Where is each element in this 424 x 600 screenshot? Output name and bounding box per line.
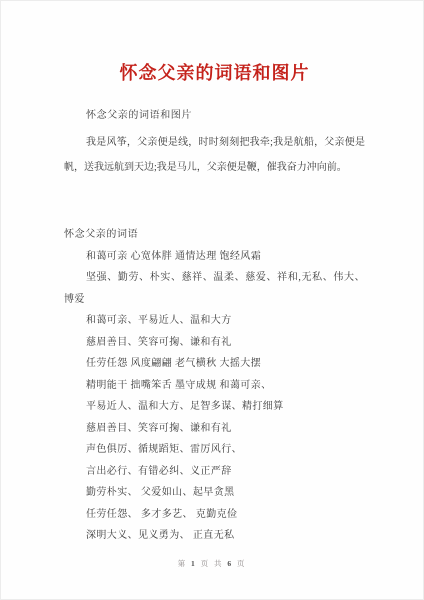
word-list: 和蔼可亲 心宽体胖 通情达理 饱经风霜 坚强、勤劳、朴实、慈祥、温柔、慈爱、祥和… bbox=[64, 246, 365, 547]
word-line: 声色俱厉、循规蹈矩、雷厉风行、 bbox=[64, 439, 365, 461]
word-line: 勤劳朴实、 父爱如山、起早贪黑 bbox=[64, 482, 365, 504]
page-footer: 第 1 页 共 6 页 bbox=[1, 558, 423, 569]
intro-heading-line: 怀念父亲的词语和图片 bbox=[64, 105, 365, 126]
word-line: 任劳任怨 风度翩翩 老气横秋 大摇大摆 bbox=[64, 353, 365, 375]
footer-label: 页 bbox=[237, 559, 247, 568]
intro-paragraph: 我是风筝，父亲便是线，时时刻刻把我牵;我是航船，父亲便是帆，送我远航到天边;我是… bbox=[64, 130, 365, 180]
document-body: 怀念父亲的词语和图片 怀念父亲的词语和图片 我是风筝，父亲便是线，时时刻刻把我牵… bbox=[1, 61, 423, 547]
footer-page-number: 1 bbox=[191, 559, 197, 568]
footer-label: 共 bbox=[214, 559, 224, 568]
word-line: 精明能干 拙嘴笨舌 墨守成规 和蔼可亲、 bbox=[64, 375, 365, 397]
footer-label: 页 bbox=[201, 559, 211, 568]
word-line: 深明大义、见义勇为、 正直无私 bbox=[64, 525, 365, 547]
word-line: 和蔼可亲、平易近人、温和大方 bbox=[64, 310, 365, 332]
word-line: 慈眉善目、笑容可掬、谦和有礼 bbox=[64, 332, 365, 354]
footer-label: 第 bbox=[178, 559, 188, 568]
word-line: 和蔼可亲 心宽体胖 通情达理 饱经风霜 bbox=[64, 246, 365, 268]
word-line: 坚强、勤劳、朴实、慈祥、温柔、慈爱、祥和,无私、伟大、博爱 bbox=[64, 267, 365, 310]
word-line: 慈眉善目、笑容可掬、谦和有礼 bbox=[64, 418, 365, 440]
word-line: 言出必行、有错必纠、义正严辞 bbox=[64, 461, 365, 483]
word-line: 任劳任怨、 多才多艺、 克勤克俭 bbox=[64, 504, 365, 526]
word-line: 平易近人、温和大方、足智多谋、精打细算 bbox=[64, 396, 365, 418]
document-page: 怀念父亲的词语和图片 怀念父亲的词语和图片 我是风筝，父亲便是线，时时刻刻把我牵… bbox=[0, 0, 424, 600]
section-heading: 怀念父亲的词语 bbox=[64, 224, 365, 246]
footer-total-pages: 6 bbox=[227, 559, 233, 568]
page-title: 怀念父亲的词语和图片 bbox=[64, 61, 365, 85]
